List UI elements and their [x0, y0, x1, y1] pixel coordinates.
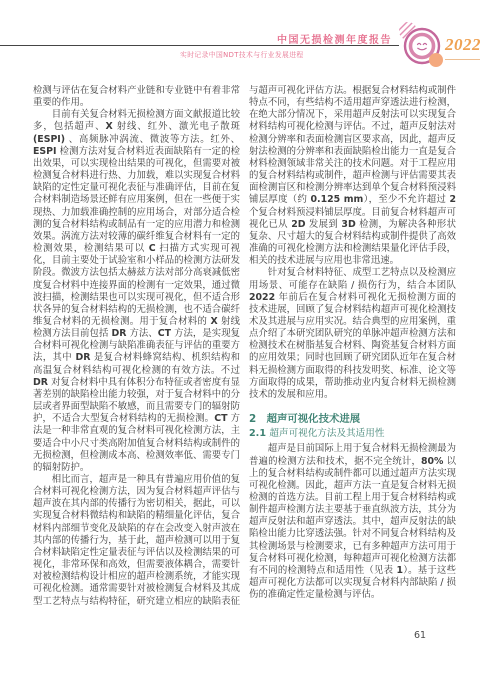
article-columns: 检测与评估在复合材料产业链和专业链中有着非常重要的作用。目前有关复合材料无损检测… [33, 85, 456, 617]
paragraph: 检测与评估在复合材料产业链和专业链中有着非常重要的作用。 [33, 85, 240, 109]
section-heading: 2 超声可视化技术进展 [249, 413, 456, 425]
report-page: 中国无损检测年度报告 实时记录中国NDT技术与行业发展进程 [0, 0, 480, 679]
header-tagline: 实时记录中国NDT技术与行业发展进程 [180, 49, 304, 59]
logo-accent-dot [429, 53, 443, 67]
page-number: 61 [408, 630, 432, 641]
header-divider [0, 45, 399, 46]
report-year: 2022 [445, 35, 480, 55]
report-title: 中国无损检测年度报告 [0, 31, 392, 46]
paragraph: 目前有关复合材料无损检测方面文献报道比较多，包括超声、X 射线、红外、激光电子散… [33, 109, 240, 474]
paragraph: 超声是目前国际上用于复合材料无损检测最为普遍的检测方法和技术，据不完全统计，80… [249, 443, 456, 601]
subsection-heading: 2.1 超声可视化方法及其适用性 [249, 428, 456, 440]
year-underline [445, 59, 480, 60]
paragraph: 针对复合材料特征、成型工艺特点以及检测应用场景、可能存在缺陷 / 损伤行为，结合… [249, 267, 456, 401]
